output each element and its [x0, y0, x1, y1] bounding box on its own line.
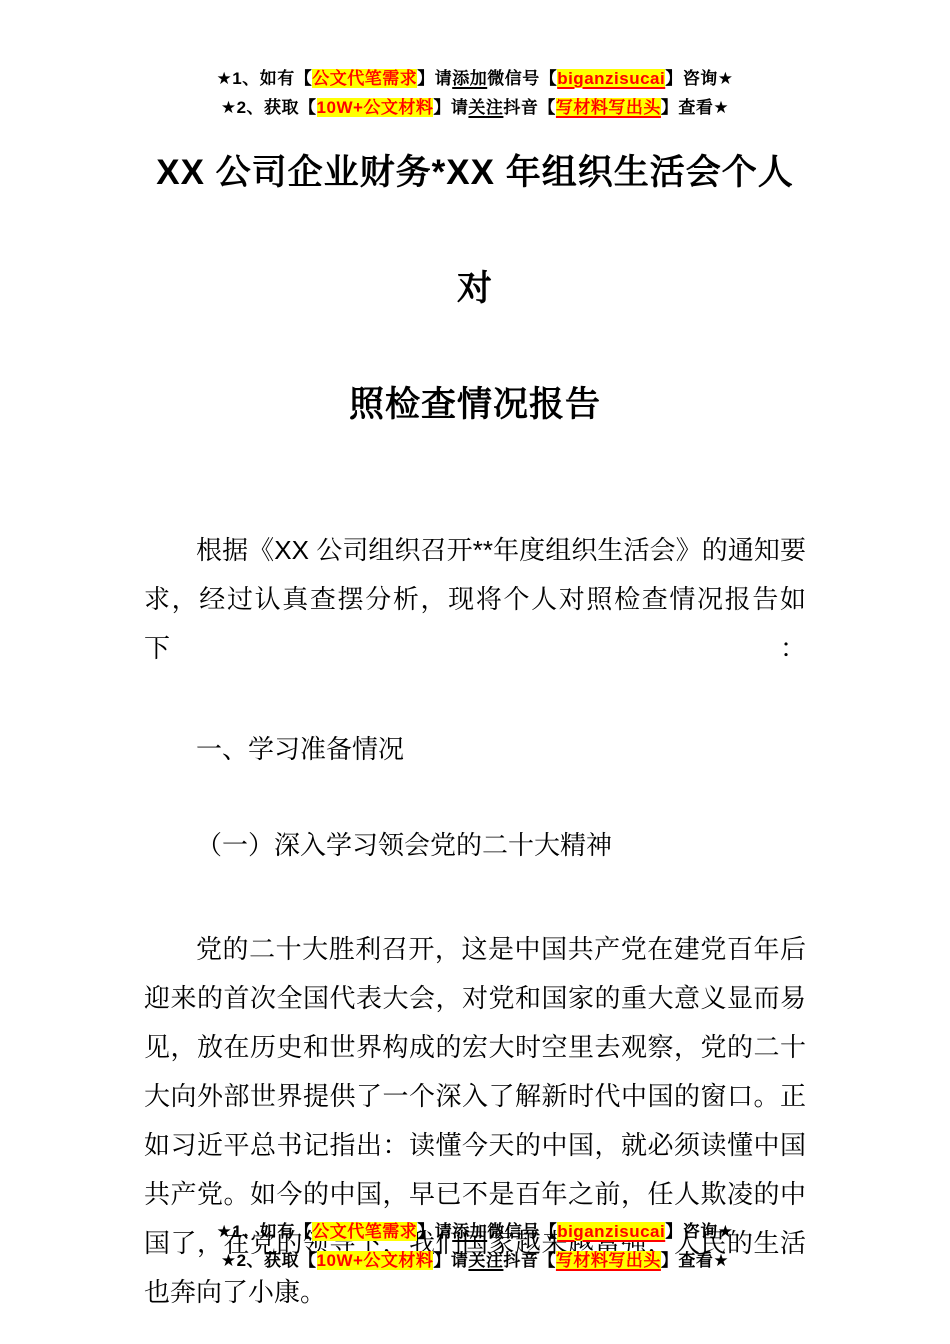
document-title-line-2: 照检查情况报告 — [144, 347, 806, 463]
document-title-line-1: XX 公司企业财务*XX 年组织生活会个人对 — [144, 115, 806, 347]
text-segment: 关注 — [468, 1251, 503, 1270]
document-title: XX 公司企业财务*XX 年组织生活会个人对 照检查情况报告 — [144, 115, 806, 463]
paragraph-line: 求，经过认真查摆分析，现将个人对照检查情况报告如下： — [144, 575, 806, 673]
section-heading-1: 一、学习准备情况 — [144, 725, 806, 774]
intro-paragraph: 根据《XX 公司组织召开**年度组织生活会》的通知要 求，经过认真查摆分析，现将… — [144, 526, 806, 673]
paragraph-line: 迎来的首次全国代表大会，对党和国家的重大意义显而易 — [144, 974, 806, 1023]
text-segment: 抖音【 — [503, 1251, 556, 1270]
text-segment: 】咨询★ — [665, 1222, 733, 1241]
text-segment: 微信号【 — [487, 69, 557, 88]
paragraph-line: 也奔向了小康。 — [144, 1268, 806, 1317]
text-segment: 】请 — [417, 69, 452, 88]
text-segment: biganzisucai — [557, 69, 665, 88]
text-segment: ★2、获取【 — [221, 1251, 317, 1270]
text-segment: 】咨询★ — [665, 69, 733, 88]
promo-header-line-1: ★1、如有【公文代笔需求】请添加微信号【biganzisucai】咨询★ — [144, 64, 806, 93]
paragraph-line: 党的二十大胜利召开，这是中国共产党在建党百年后 — [144, 925, 806, 974]
promo-footer-line-2: ★2、获取【10W+公文材料】请关注抖音【写材料写出头】查看★ — [0, 1246, 950, 1275]
promo-footer-line-1: ★1、如有【公文代笔需求】请添加微信号【biganzisucai】咨询★ — [0, 1217, 950, 1246]
text-segment: biganzisucai — [557, 1222, 665, 1241]
text-segment: 】请 — [417, 1222, 452, 1241]
text-segment: 添加 — [452, 1222, 487, 1241]
promo-header: ★1、如有【公文代笔需求】请添加微信号【biganzisucai】咨询★ ★2、… — [144, 64, 806, 122]
text-segment: ★1、如有【 — [217, 69, 313, 88]
text-segment: 】请 — [433, 1251, 468, 1270]
paragraph-line: 如习近平总书记指出：读懂今天的中国，就必须读懂中国 — [144, 1121, 806, 1170]
document-page: ★1、如有【公文代笔需求】请添加微信号【biganzisucai】咨询★ ★2、… — [0, 0, 950, 1344]
paragraph-line: 根据《XX 公司组织召开**年度组织生活会》的通知要 — [144, 526, 806, 575]
section-heading-2: （一）深入学习领会党的二十大精神 — [144, 821, 806, 870]
text-segment: 公文代笔需求 — [312, 69, 417, 88]
text-segment: 写材料写出头 — [556, 1251, 661, 1270]
text-segment: 添加 — [452, 69, 487, 88]
paragraph-line: 共产党。如今的中国，早已不是百年之前，任人欺凌的中 — [144, 1170, 806, 1219]
text-segment: ★1、如有【 — [217, 1222, 313, 1241]
text-segment: 】查看★ — [661, 1251, 729, 1270]
paragraph-line: 见，放在历史和世界构成的宏大时空里去观察，党的二十 — [144, 1023, 806, 1072]
text-segment: 10W+公文材料 — [317, 1251, 434, 1270]
text-segment: 微信号【 — [487, 1222, 557, 1241]
paragraph-line: 大向外部世界提供了一个深入了解新时代中国的窗口。正 — [144, 1072, 806, 1121]
promo-footer: ★1、如有【公文代笔需求】请添加微信号【biganzisucai】咨询★ ★2、… — [0, 1217, 950, 1275]
text-segment: 公文代笔需求 — [312, 1222, 417, 1241]
